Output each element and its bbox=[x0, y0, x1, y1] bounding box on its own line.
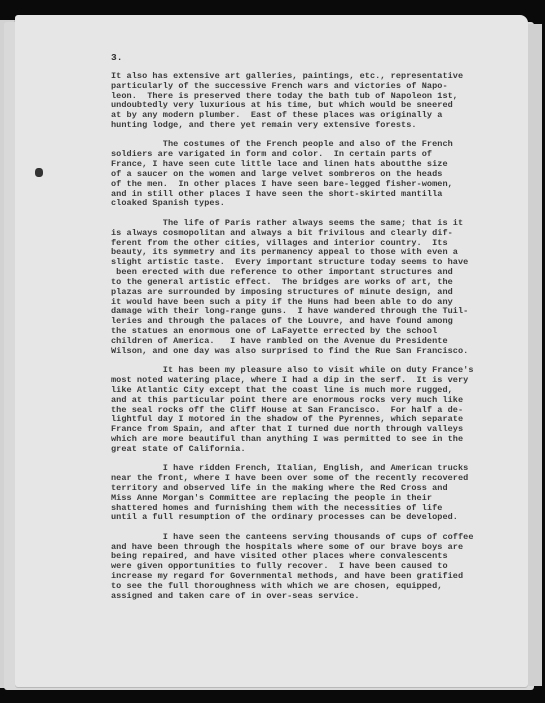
text-line: assigned and taken care of in over-seas … bbox=[111, 592, 521, 602]
paragraph: It also has extensive art galleries, pai… bbox=[111, 72, 521, 131]
text-line: great state of California. bbox=[111, 445, 521, 455]
paragraph: It has been my pleasure also to visit wh… bbox=[111, 366, 521, 455]
paragraph: The life of Paris rather always seems th… bbox=[111, 219, 521, 357]
paragraph-list: It also has extensive art galleries, pai… bbox=[111, 72, 521, 602]
paragraph: The costumes of the French people and al… bbox=[111, 140, 521, 209]
paragraph: I have ridden French, Italian, English, … bbox=[111, 464, 521, 523]
document-body: 3. It also has extensive art galleries, … bbox=[111, 53, 521, 611]
punch-mark-icon bbox=[35, 168, 43, 177]
text-line: hunting lodge, and there yet remain very… bbox=[111, 121, 521, 131]
text-line: cloaked Spanish types. bbox=[111, 199, 521, 209]
text-line: until a full resumption of the ordinary … bbox=[111, 513, 521, 523]
paragraph: I have seen the canteens serving thousan… bbox=[111, 533, 521, 602]
text-line: Wilson, and one day was also surprised t… bbox=[111, 347, 521, 357]
page-number: 3. bbox=[111, 53, 521, 63]
scan-edge-right bbox=[528, 24, 542, 686]
